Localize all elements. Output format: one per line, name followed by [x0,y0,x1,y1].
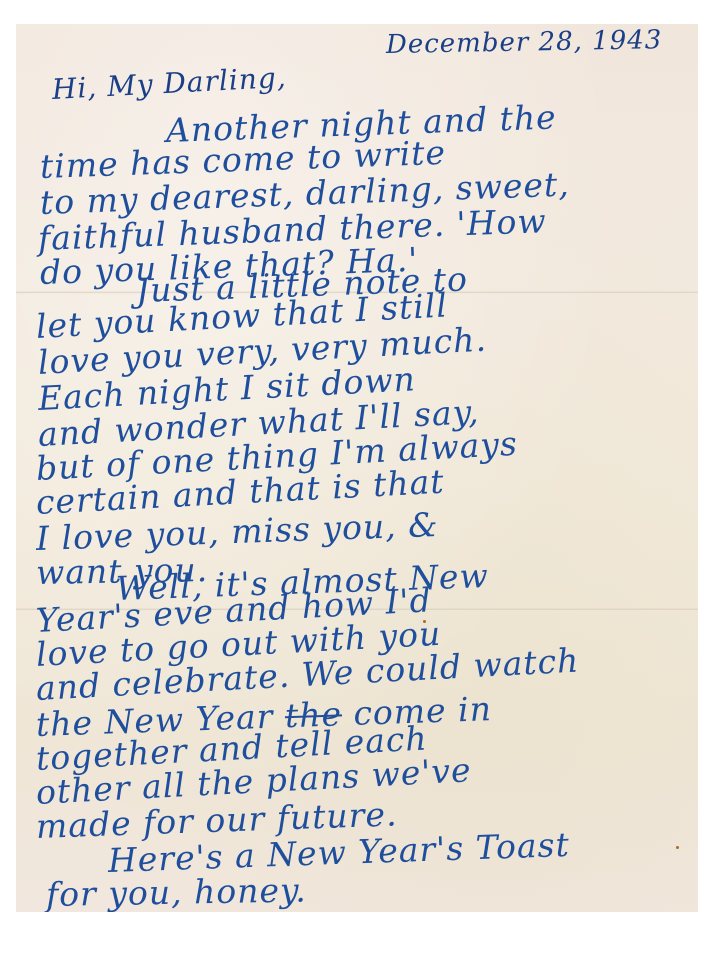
page-background: December 28, 1943 Hi, My Darling, Anothe… [0,0,720,960]
letter-salutation: Hi, My Darling, [51,64,287,104]
ink-spot [676,846,679,849]
letter-paper: December 28, 1943 Hi, My Darling, Anothe… [16,24,698,912]
letter-date: December 28, 1943 [386,27,663,58]
letter-line: for you, honey. [46,873,307,911]
